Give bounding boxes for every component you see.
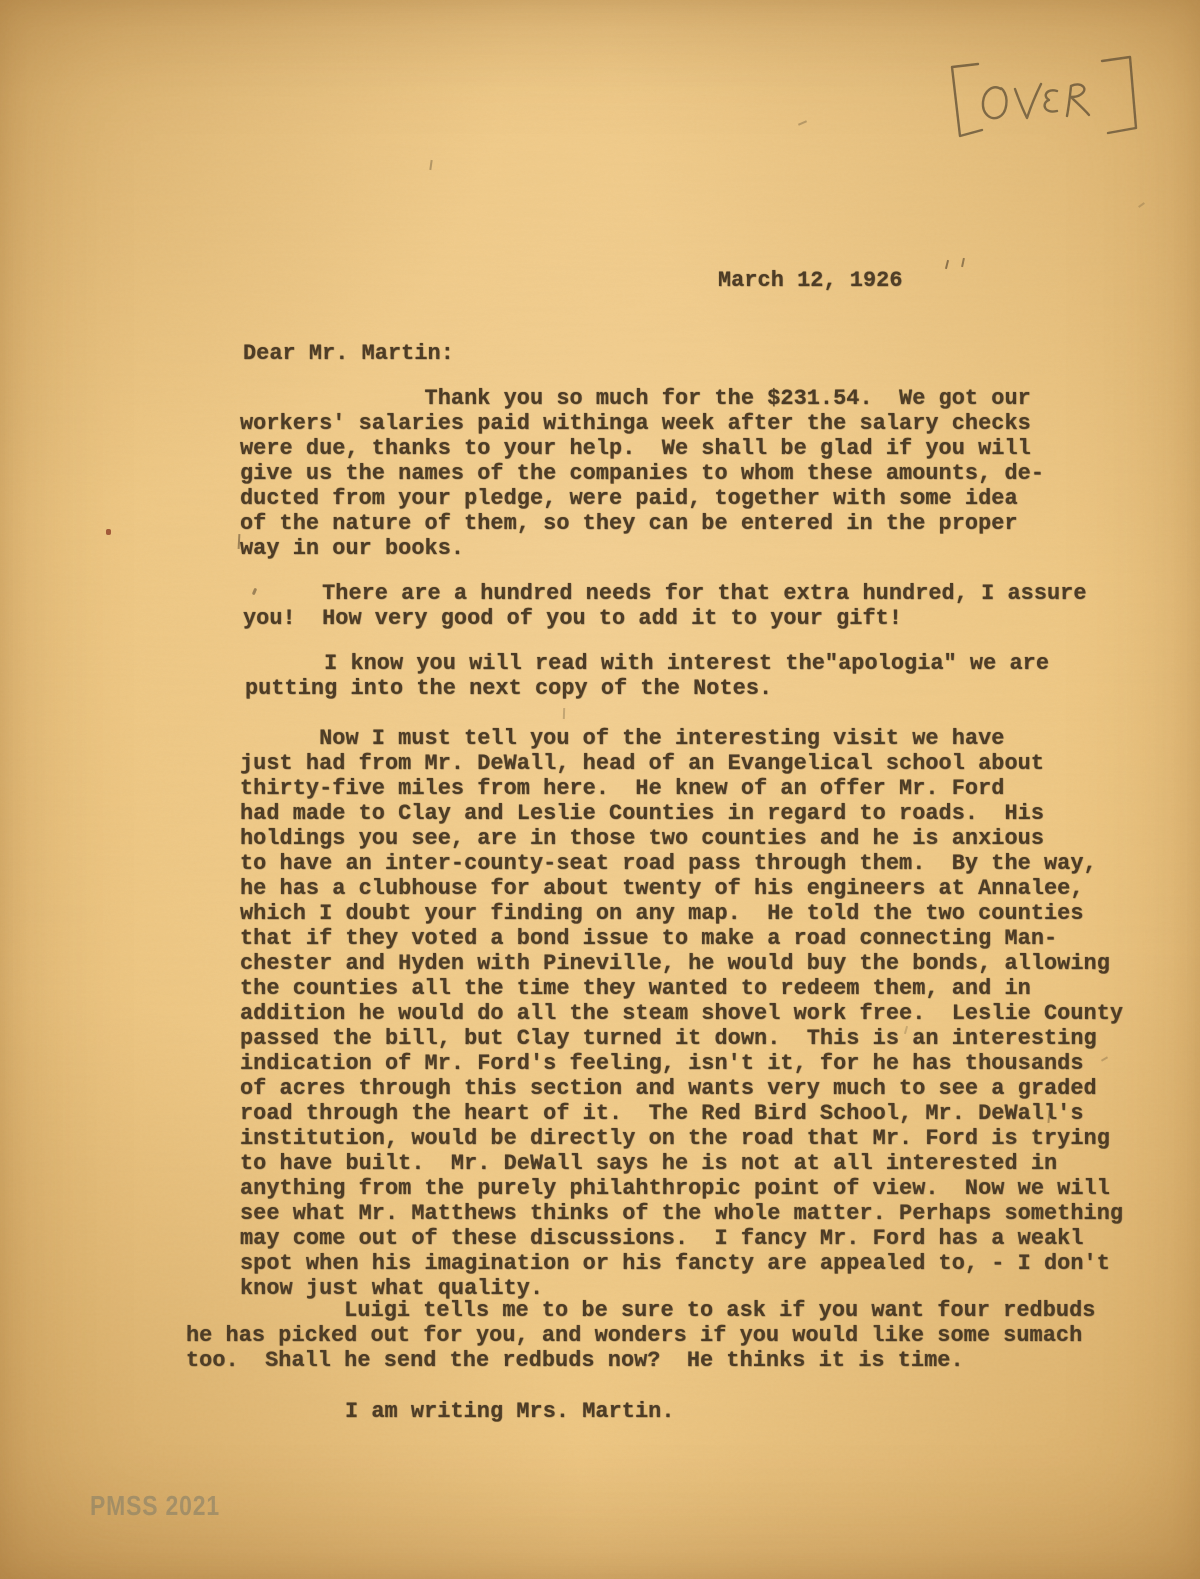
letter-paragraph-1: Thank you so much for the $231.54. We go… [240, 386, 1044, 561]
paper-speck [798, 120, 807, 125]
archive-watermark: PMSS 2021 [90, 1490, 220, 1522]
letter-salutation: Dear Mr. Martin: [243, 341, 454, 366]
paper-speck [961, 258, 965, 267]
paper-speck [945, 260, 949, 269]
letter-paragraph-5: Luigi tells me to be sure to ask if you … [186, 1298, 1095, 1373]
letter-paragraph-2: There are a hundred needs for that extra… [243, 581, 1087, 631]
letter-closing: I am writing Mrs. Martin. [345, 1399, 675, 1424]
paper-speck [1138, 202, 1145, 208]
over-right-bracket [1102, 57, 1136, 133]
paper-speck [563, 708, 565, 719]
paper-speck [429, 160, 432, 170]
over-letter-r [1067, 84, 1089, 116]
letter-paragraph-3: I know you will read with interest the"a… [245, 651, 1049, 701]
over-left-bracket [952, 64, 982, 136]
over-letter-e [1045, 90, 1057, 111]
letter-scan-page: { "page": { "over_annotation": "OVER", "… [0, 0, 1200, 1579]
over-letter-v [1015, 84, 1041, 118]
letter-date: March 12, 1926 [718, 268, 903, 293]
over-annotation [938, 48, 1150, 150]
over-letter-o [983, 87, 1007, 118]
paper-speck [106, 529, 111, 535]
letter-paragraph-4: Now I must tell you of the interesting v… [240, 726, 1123, 1301]
